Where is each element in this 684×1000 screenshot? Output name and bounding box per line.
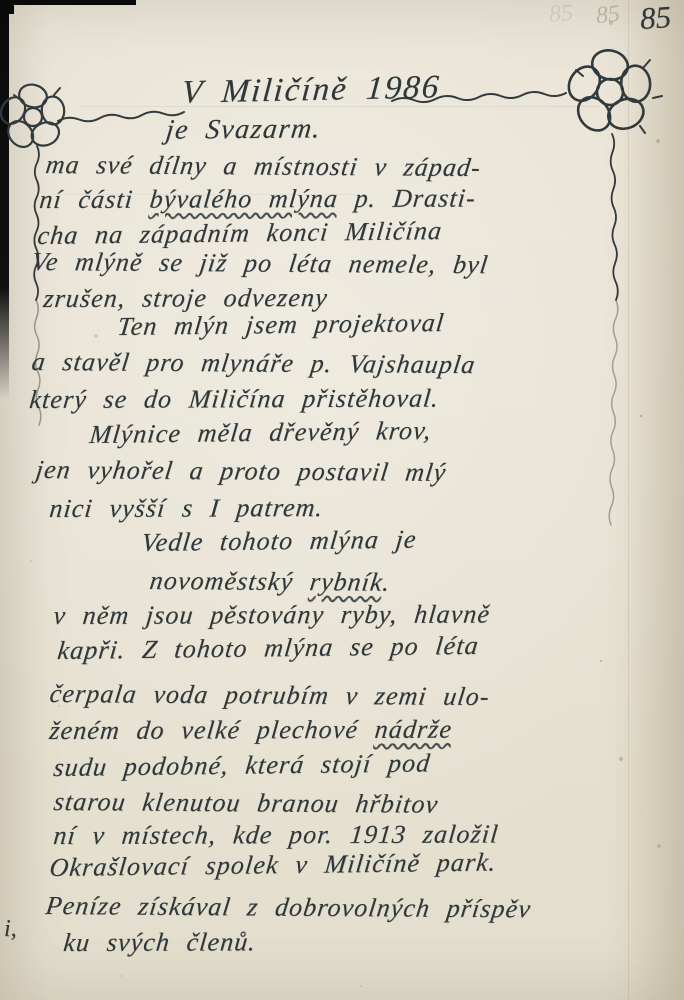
page-number: 85 [639, 0, 672, 37]
manuscript-line: ku svých členů. [62, 927, 258, 958]
manuscript-line: ženém do velké plechové nádrže [48, 715, 454, 746]
photo-edge-corner [0, 0, 14, 14]
page-subtitle: je Svazarm. [164, 113, 323, 146]
notebook-page-photo: 85 85 85 V Miličíně 1986 je Svazarm. ma … [0, 0, 684, 1000]
wavy-underlined-word: bývalého mlýna [148, 184, 339, 214]
manuscript-line: Ten mlýn jsem projektoval [116, 308, 446, 342]
manuscript-line: Peníze získával z dobrovolných příspěv [44, 891, 533, 924]
stray-ink-mark: i, [4, 916, 17, 943]
manuscript-line: Mlýnice měla dřevěný krov, [88, 416, 433, 450]
manuscript-line: Vedle tohoto mlýna je [140, 525, 418, 558]
manuscript-line: ní v místech, kde por. 1913 založil [52, 819, 500, 851]
manuscript-line: ní části bývalého mlýna p. Drasti- [38, 183, 477, 215]
manuscript-line: v něm jsou pěstovány ryby, hlavně [52, 599, 492, 631]
page-number-pencil-ghost: 85 [595, 1, 622, 30]
wavy-underlined-word: rybník [308, 567, 385, 597]
manuscript-line: novoměstský rybník. [148, 566, 392, 598]
manuscript-line: cha na západním konci Miličína [36, 216, 444, 251]
photo-edge-left [0, 0, 9, 400]
manuscript-line: starou klenutou branou hřbitov [52, 787, 440, 820]
manuscript-line: a stavěl pro mlynáře p. Vajshaupla [30, 347, 477, 380]
squiggle-title-left [58, 112, 184, 122]
page-number-pencil-ghost: 85 [548, 0, 574, 29]
manuscript-line: sudu podobné, která stojí pod [52, 748, 432, 783]
squiggle-margin-right [611, 134, 618, 300]
manuscript-line: Ve mlýně se již po léta nemele, byl [30, 247, 490, 280]
manuscript-line: ma své dílny a místnosti v západ- [44, 150, 483, 183]
manuscript-line: jen vyhořel a proto postavil mlý [34, 455, 448, 488]
photo-edge-top [0, 0, 136, 5]
paper-shadow-band [628, 0, 684, 1000]
manuscript-line: který se do Miličína přistěhoval. [28, 384, 441, 415]
manuscript-line: Okrašlovací spolek v Miličíně park. [48, 848, 498, 883]
wavy-underlined-word: nádrže [373, 715, 453, 744]
squiggle-margin-right-faded [609, 300, 618, 525]
manuscript-line: čerpala voda potrubím v zemi ulo- [48, 679, 492, 712]
manuscript-line: kapři. Z tohoto mlýna se po léta [56, 631, 481, 666]
manuscript-line: nici vyšší s I patrem. [48, 493, 325, 524]
page-title: V Miličíně 1986 [180, 69, 442, 111]
flower-doodle-left [0, 82, 65, 152]
